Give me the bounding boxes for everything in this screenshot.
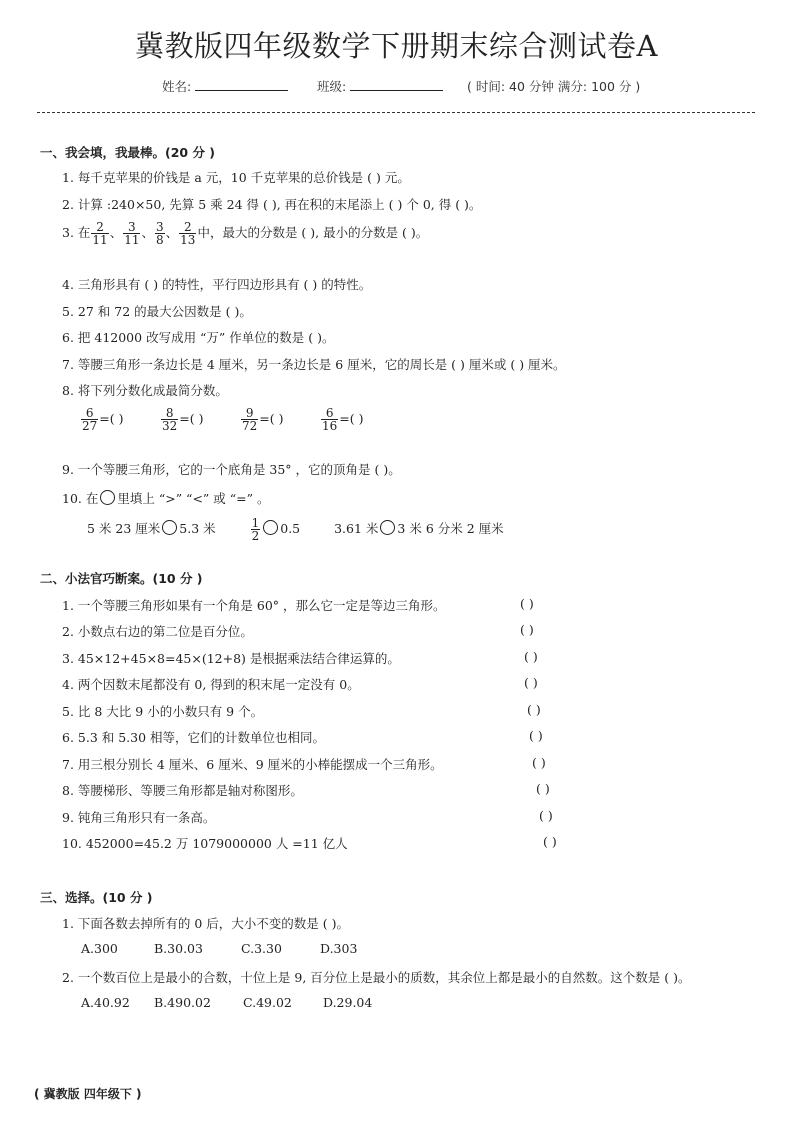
answer-blank[interactable]: ( )	[524, 649, 538, 664]
judge-item: 2. 小数点右边的第二位是百分位。	[62, 622, 253, 640]
class-field[interactable]: 班级:	[317, 77, 443, 95]
section-2-heading: 二、小法官巧断案。(10 分 )	[40, 569, 203, 587]
fraction: 311	[123, 221, 140, 246]
s1-question-1: 1. 每千克苹果的价钱是 a 元，10 千克苹果的总价钱是 ( ) 元。	[62, 168, 410, 186]
compare-circle-2[interactable]	[263, 520, 278, 535]
answer-blank[interactable]: ( )	[527, 702, 541, 717]
answer-blank[interactable]: ( )	[536, 781, 550, 796]
judge-item: 1. 一个等腰三角形如果有一个角是 60° ，那么它一定是等边三角形。	[62, 596, 446, 614]
judge-item: 4. 两个因数末尾都没有 0, 得到的积末尾一定没有 0。	[62, 675, 360, 693]
option-a[interactable]: A.40.92	[81, 995, 130, 1010]
name-field[interactable]: 姓名:	[162, 77, 288, 95]
name-label: 姓名:	[162, 79, 191, 94]
section-3-heading: 三、选择。(10 分 )	[40, 888, 153, 906]
page-title: 冀教版四年级数学下册期末综合测试卷A	[0, 24, 793, 65]
footer-label: ( 冀教版 四年级下 )	[34, 1085, 142, 1102]
s1-question-6: 6. 把 412000 改写成用 “万” 作单位的数是 ( )。	[62, 328, 335, 346]
option-b[interactable]: B.490.02	[154, 995, 211, 1010]
q3-suffix: 中，最大的分数是 ( ), 最小的分数是 ( )。	[197, 225, 428, 240]
judge-item: 10. 452000=45.2 万 1079000000 人 =11 亿人	[62, 834, 348, 852]
s1-question-5: 5. 27 和 72 的最大公因数是 ( )。	[62, 302, 252, 320]
answer-blank[interactable]: ( )	[520, 622, 534, 637]
judge-item: 8. 等腰梯形、等腰三角形都是轴对称图形。	[62, 781, 303, 799]
s1-question-3: 3. 在211、311、38、213中，最大的分数是 ( ), 最小的分数是 (…	[62, 221, 428, 246]
s1-question-2: 2. 计算 :240×50, 先算 5 乘 24 得 ( ), 再在积的末尾添上…	[62, 195, 481, 213]
judge-item: 7. 用三根分别长 4 厘米、6 厘米、9 厘米的小棒能摆成一个三角形。	[62, 755, 443, 773]
judge-item: 6. 5.3 和 5.30 相等，它们的计数单位也相同。	[62, 728, 325, 746]
s1-question-4: 4. 三角形具有 ( ) 的特性，平行四边形具有 ( ) 的特性。	[62, 275, 371, 293]
compare-circle-3[interactable]	[380, 520, 395, 535]
answer-blank[interactable]: ( )	[524, 675, 538, 690]
s1-question-7: 7. 等腰三角形一条边长是 4 厘米，另一条边长是 6 厘米，它的周长是 ( )…	[62, 355, 566, 373]
compare-circle-1[interactable]	[162, 520, 177, 535]
exam-info: ( 时间: 40 分钟 满分: 100 分 )	[467, 77, 640, 95]
circle-icon	[100, 490, 115, 505]
fraction: 213	[179, 221, 196, 246]
answer-blank[interactable]: ( )	[520, 596, 534, 611]
q8-item: 616=( )	[320, 407, 400, 432]
option-d[interactable]: D.29.04	[323, 995, 372, 1010]
q10-compare-row: 5 米 23 厘米5.3 米 120.5 3.61 米3 米 6 分米 2 厘米	[87, 517, 504, 542]
section-1-heading: 一、我会填，我最棒。(20 分 )	[40, 143, 215, 161]
s1-question-9: 9. 一个等腰三角形，它的一个底角是 35° ，它的顶角是 ( )。	[62, 460, 401, 478]
fraction: 211	[91, 221, 108, 246]
answer-blank[interactable]: ( )	[529, 728, 543, 743]
name-blank[interactable]	[195, 78, 288, 91]
class-label: 班级:	[317, 79, 346, 94]
q8-item: 972=( )	[240, 407, 320, 432]
option-c[interactable]: C.3.30	[241, 941, 282, 956]
s3-question-2: 2. 一个数百位上是最小的合数，十位上是 9, 百分位上是最小的质数，其余位上都…	[62, 968, 690, 986]
answer-blank[interactable]: ( )	[539, 808, 553, 823]
answer-blank[interactable]: ( )	[532, 755, 546, 770]
judge-item: 5. 比 8 大比 9 小的小数只有 9 个。	[62, 702, 263, 720]
fraction: 38	[155, 221, 165, 246]
judge-item: 3. 45×12+45×8=45×(12+8) 是根据乘法结合律运算的。	[62, 649, 400, 667]
option-d[interactable]: D.303	[320, 941, 357, 956]
q8-item: 832=( )	[160, 407, 240, 432]
q8-item: 627=( )	[80, 407, 160, 432]
s3-question-1: 1. 下面各数去掉所有的 0 后，大小不变的数是 ( )。	[62, 914, 349, 932]
fraction: 12	[251, 517, 261, 542]
option-c[interactable]: C.49.02	[243, 995, 292, 1010]
judge-item: 9. 钝角三角形只有一条高。	[62, 808, 215, 826]
s1-question-8: 8. 将下列分数化成最简分数。	[62, 381, 228, 399]
class-blank[interactable]	[350, 78, 443, 91]
q3-prefix: 3. 在	[62, 225, 90, 240]
answer-blank[interactable]: ( )	[543, 834, 557, 849]
option-b[interactable]: B.30.03	[154, 941, 203, 956]
q8-fraction-row: 627=( )832=( )972=( )616=( )	[80, 407, 400, 432]
s1-question-10: 10. 在里填上 “>” “<” 或 “=” 。	[62, 489, 270, 507]
dashed-divider	[37, 112, 755, 113]
option-a[interactable]: A.300	[81, 941, 118, 956]
